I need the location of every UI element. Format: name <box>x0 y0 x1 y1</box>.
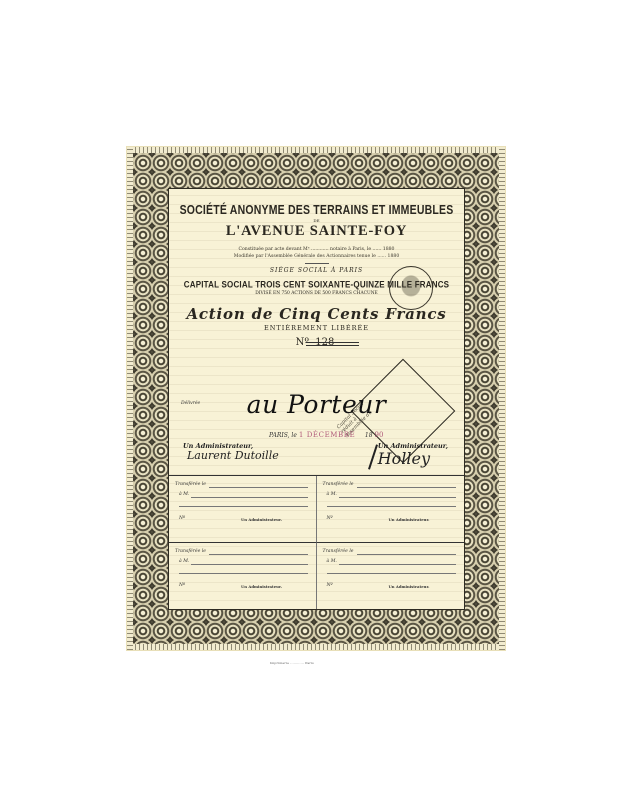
constitution-text: Constituée par acte devant Mᵉ ..........… <box>169 246 464 260</box>
transfer-no-label: Nº <box>179 583 185 588</box>
transfer-date-line <box>209 487 308 488</box>
signature-right: Holley <box>378 449 430 468</box>
constitution-line-1: Constituée par acte devant Mᵉ ..........… <box>169 246 464 253</box>
date-value: 1 DÉCEMBRE <box>299 431 356 439</box>
transfer-to-label: à M. <box>327 492 337 497</box>
transfer-date-label: Transférée le <box>175 482 206 487</box>
transfer-table: Transférée le à M. Nº Un Administrateur.… <box>169 475 464 609</box>
transfer-no-label: Nº <box>327 583 333 588</box>
border-fringe-bottom <box>127 644 505 650</box>
company-name-line1: SOCIÉTÉ ANONYME DES TERRAINS ET IMMEUBLE… <box>169 203 464 218</box>
transfer-to-line <box>339 497 457 498</box>
transfer-extra-line <box>327 573 457 574</box>
transfer-admin-label: Un Administrateur. <box>241 517 282 522</box>
transfer-extra-line <box>179 573 308 574</box>
printer-note: Imprimerie ............ Paris <box>270 661 314 665</box>
transfer-cell: Transférée le à M. Nº Un Administrateur. <box>317 476 465 543</box>
bearer-label: au Porteur <box>169 390 464 419</box>
transfer-to-label: à M. <box>179 559 189 564</box>
border-fringe-left <box>127 147 133 650</box>
transfer-date-label: Transférée le <box>175 549 206 554</box>
separator <box>305 263 329 264</box>
transfer-cell: Transférée le à M. Nº Un Administrateur. <box>169 543 317 610</box>
constitution-line-2: Modifiée par l'Assemblée Générale des Ac… <box>169 253 464 260</box>
border-fringe-right <box>499 147 505 650</box>
transfer-date-label: Transférée le <box>323 482 354 487</box>
share-number-row: Nº 128 <box>169 337 464 348</box>
company-name-line2: L'AVENUE SAINTE-FOY <box>169 223 464 240</box>
transfer-cell: Transférée le à M. Nº Un Administrateur. <box>317 543 465 610</box>
transfer-date-line <box>209 554 308 555</box>
signature-left: Laurent Dutoille <box>187 449 279 462</box>
transfer-date-line <box>357 554 457 555</box>
transfer-to-line <box>339 564 457 565</box>
transfer-to-line <box>191 564 308 565</box>
fiscal-stamp-icon <box>389 266 433 310</box>
transfer-extra-line <box>179 506 308 507</box>
border-fringe-top <box>127 147 505 153</box>
date-place: PARIS, le <box>269 432 297 439</box>
transfer-admin-label: Un Administrateur. <box>389 517 430 522</box>
share-certificate: SOCIÉTÉ ANONYME DES TERRAINS ET IMMEUBLE… <box>127 147 505 650</box>
transfer-no-label: Nº <box>179 516 185 521</box>
transfer-admin-label: Un Administrateur. <box>389 584 430 589</box>
date-year: 90 <box>374 431 383 439</box>
transfer-date-line <box>357 487 457 488</box>
share-number: 128 <box>312 337 337 348</box>
date-year-prefix: 18 <box>365 432 373 439</box>
transfer-no-label: Nº <box>327 516 333 521</box>
issue-date: PARIS, le 1 DÉCEMBRE 18 90 <box>269 431 383 439</box>
transfer-admin-label: Un Administrateur. <box>241 584 282 589</box>
transfer-extra-line <box>327 506 457 507</box>
transfer-cell: Transférée le à M. Nº Un Administrateur. <box>169 476 317 543</box>
transfer-to-label: à M. <box>179 492 189 497</box>
transfer-to-label: à M. <box>327 559 337 564</box>
fully-paid-label: ENTIÈREMENT LIBÉRÉE <box>169 324 464 332</box>
certificate-body: SOCIÉTÉ ANONYME DES TERRAINS ET IMMEUBLE… <box>168 188 465 610</box>
transfer-date-label: Transférée le <box>323 549 354 554</box>
transfer-to-line <box>191 497 308 498</box>
